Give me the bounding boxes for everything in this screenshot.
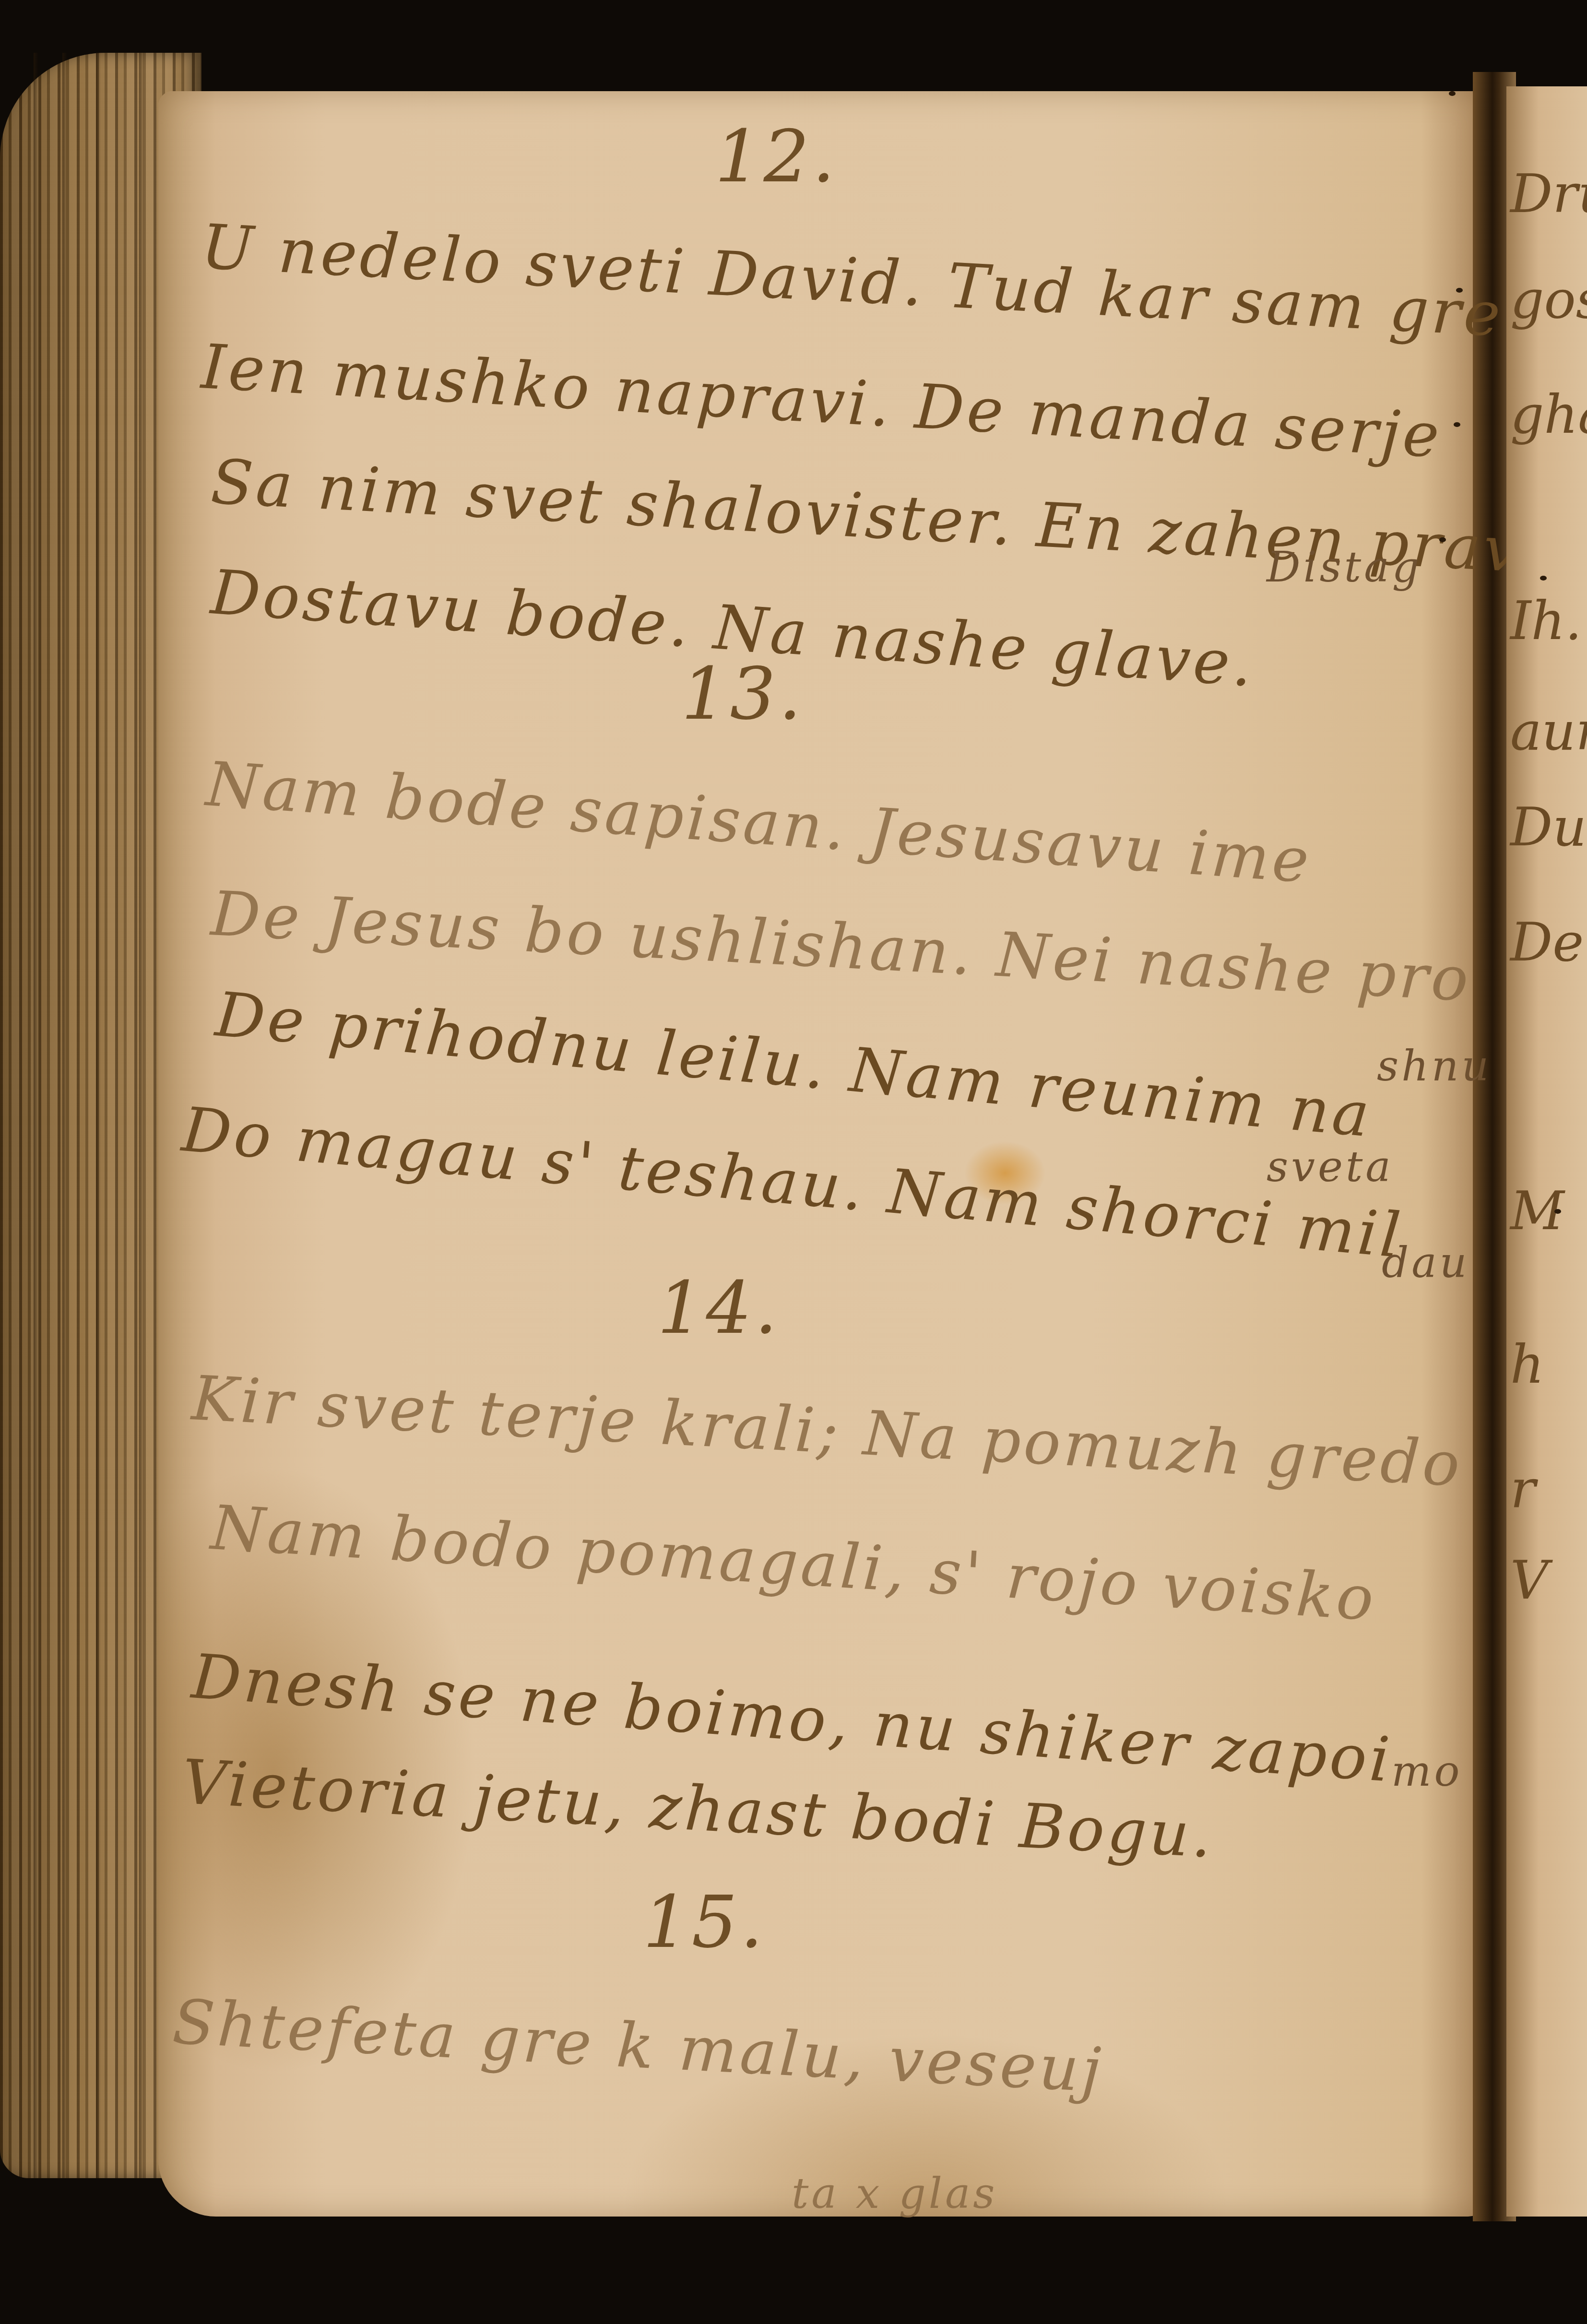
stanza-13-gloss-1: shnu xyxy=(1377,1041,1492,1091)
stanza-number-12: 12. xyxy=(715,115,838,199)
stanza-13-gloss-2: sveta xyxy=(1267,1142,1394,1191)
right-fragment-text: Ih. 17 xyxy=(1510,590,1587,652)
right-fragment-text: Dus xyxy=(1510,796,1587,858)
right-fragment-text: gha xyxy=(1510,384,1587,445)
stanza-14-gloss: mo xyxy=(1391,1746,1462,1796)
worm-hole xyxy=(1456,288,1463,293)
right-fragment-text: h xyxy=(1510,1334,1544,1395)
worm-hole xyxy=(1540,576,1547,581)
right-fragment-text: V xyxy=(1510,1550,1548,1611)
manuscript-photo: 12. U nedelo sveti David. Tud kar sam gr… xyxy=(0,0,1587,2324)
stanza-number-13: 13. xyxy=(681,652,805,736)
right-fragment-text: r xyxy=(1510,1458,1536,1520)
worm-hole xyxy=(1439,537,1446,542)
leaf-edge xyxy=(62,53,67,2178)
right-fragment-text: De xyxy=(1510,912,1584,973)
right-fragment-text: aur xyxy=(1510,700,1587,762)
worm-hole xyxy=(1449,91,1456,96)
right-page-fragment: Dru gos gha Ih. 17 aur Dus De M h r V xyxy=(1506,86,1587,2217)
stanza-number-14: 14. xyxy=(657,1267,781,1350)
worm-hole xyxy=(1554,1209,1561,1214)
stanza-number-15: 15. xyxy=(643,1881,766,1964)
stanza-12-gloss: Distag xyxy=(1267,542,1422,592)
right-fragment-text: gos xyxy=(1510,269,1587,330)
stanza-15-line-2: ta x glas xyxy=(792,2169,998,2218)
leaf-edge xyxy=(34,53,38,2178)
worm-hole xyxy=(1454,422,1460,427)
stanza-13-gloss-3: dau xyxy=(1382,1238,1469,1287)
leaf-edge xyxy=(139,53,144,2178)
leaf-edge xyxy=(96,53,101,2178)
right-fragment-text: Dru xyxy=(1510,163,1587,225)
